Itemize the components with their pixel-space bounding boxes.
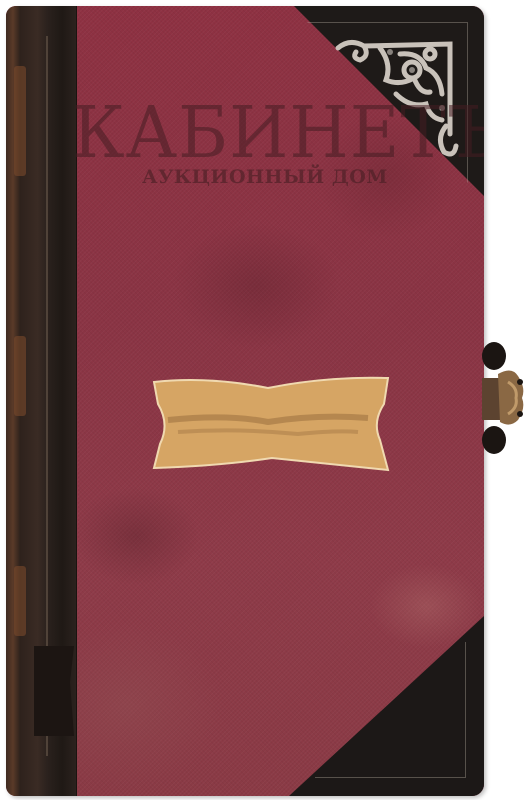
- spine-torn-edge: [34, 646, 74, 736]
- spine-wear-mark: [14, 66, 26, 176]
- spine-wear-mark: [14, 566, 26, 636]
- paper-title-label: [148, 374, 394, 474]
- book: КАБИНЕТЪ АУКЦИОННЫЙ ДОМ: [6, 6, 484, 796]
- brass-clasp-icon: [478, 336, 528, 460]
- silver-filigree-ornament-icon: [330, 34, 460, 164]
- corner-tooling-line: [315, 642, 466, 778]
- spine-wear-mark: [14, 336, 26, 416]
